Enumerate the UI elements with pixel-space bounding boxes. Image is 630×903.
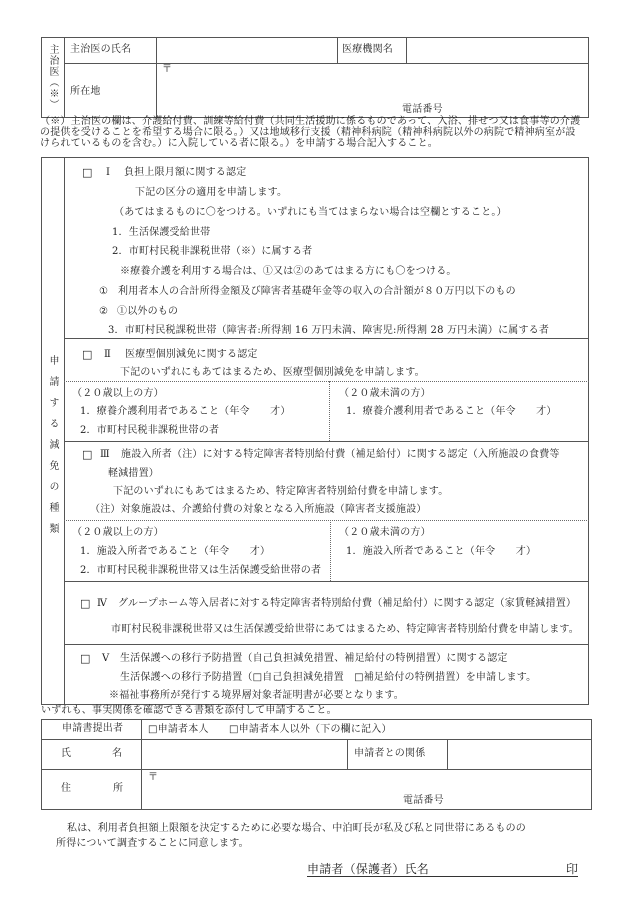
dotted-divider [64, 520, 589, 521]
section-2-numeral: Ⅱ [104, 349, 111, 361]
signature-field[interactable] [430, 860, 560, 876]
submitter-option-self[interactable]: □申請者本人 [148, 724, 209, 736]
section-3-title-cont: 軽減措置） [108, 468, 159, 480]
dotted-divider [329, 381, 330, 441]
relation-label: 申請者との関係 [354, 748, 425, 760]
submitter-label: 申請書提出者 [62, 723, 123, 735]
divider [347, 739, 348, 769]
doctor-note-line: けられているものを含む。）に入院している者に限る。）を申請する場合記入すること。 [40, 138, 438, 150]
section-1-numeral: Ⅰ [106, 167, 110, 179]
section-4-checkbox[interactable]: □ [80, 598, 91, 610]
sub-item-text: 利用者本人の合計所得金額及び障害者基礎年金等の収入の合計額が８０万円以下のもの [118, 286, 516, 298]
divider [64, 157, 65, 704]
divider [64, 37, 65, 117]
section-5-note: ※福祉事務所が発行する境界層対象者証明書が必要となります。 [109, 690, 404, 702]
section-1-option: 2．市町村民税非課税世帯（※）に属する者 [112, 246, 312, 258]
doctor-address-label: 所在地 [70, 86, 101, 98]
over20-heading: （２０歳以上の方） [72, 527, 164, 539]
section-3-note: （注）対象施設は、介護給付費の対象となる入所施設（障害者支援施設） [90, 504, 427, 516]
self-pay-reduction-label: 自己負担減免措置 [262, 672, 354, 683]
section-5-numeral: Ⅴ [102, 653, 109, 665]
section-2-title: 医療型個別減免に関する認定 [125, 349, 258, 361]
over20-item: 1．療養介護利用者であること（年令 才） [80, 406, 291, 418]
section-5-title: 生活保護への移行予防措置（自己負担減免措置、補足給付の特例措置）に関する認定 [120, 653, 508, 665]
address-label: 住 [61, 783, 71, 795]
sub-item-text: ①以外のもの [117, 306, 178, 318]
signature-underline [307, 876, 578, 877]
sub-item-mark: ① [99, 286, 108, 298]
checkbox-icon[interactable]: □ [148, 724, 158, 735]
seal-mark: 印 [566, 862, 578, 876]
section-5-checkbox[interactable]: □ [80, 653, 91, 665]
section-4-numeral: Ⅳ [97, 598, 107, 610]
over20-item: 2．市町村民税非課税世帯の者 [80, 425, 219, 437]
option-label: 申請者本人以外（下の欄に記入） [239, 724, 392, 735]
supplementary-benefit-label: 補足給付の特例措置）を申請します。 [364, 672, 537, 683]
section-1-line: （あてはまるものに〇をつける。いずれにも当てはまらない場合は空欄とすること。） [114, 207, 507, 219]
section-1-line: 下記の区分の適用を申請します。 [135, 187, 287, 199]
sub-item-mark: ② [99, 306, 108, 318]
section-divider [64, 581, 589, 582]
section-divider [64, 441, 589, 442]
section-3-checkbox[interactable]: □ [82, 449, 93, 461]
dotted-divider [64, 381, 589, 382]
doctor-side-label: 主治医（※） [47, 44, 57, 110]
under20-item: 1．施設入所者であること（年令 才） [346, 546, 536, 558]
submitter-address-field[interactable] [142, 770, 590, 808]
doctor-name-label: 主治医の氏名 [70, 44, 131, 56]
over20-heading: （２０歳以上の方） [72, 388, 164, 400]
relation-field[interactable] [448, 740, 590, 768]
apply-prefix: 生活保護への移行予防措置（ [120, 672, 253, 683]
self-pay-reduction-checkbox[interactable]: □ [253, 672, 263, 683]
name-label: 名 [112, 748, 122, 760]
consent-line: 所得について調査することに同意します。 [56, 838, 249, 850]
section-2-checkbox[interactable]: □ [82, 349, 93, 361]
institution-field[interactable] [407, 38, 588, 62]
under20-heading: （２０歳未満の方） [339, 388, 431, 400]
dotted-divider [330, 520, 331, 581]
name-label: 氏 [61, 748, 71, 760]
under20-item: 1．療養介護利用者であること（年令 才） [346, 406, 557, 418]
attachment-note: いずれも、事実関係を確認できる書類を添付して申請すること。 [41, 705, 337, 717]
consent-line: 私は、利用者負担額上限額を決定するために必要な場合、中泊町長が私及び私と同世帯に… [67, 823, 526, 835]
address-label: 所 [113, 783, 123, 795]
option-label: 申請者本人 [158, 724, 209, 735]
section-divider [64, 338, 589, 339]
signature-label: 申請者（保護者）氏名 [307, 862, 429, 876]
doctor-address-field[interactable] [157, 64, 588, 116]
section-1-title: 負担上限月額に関する認定 [124, 167, 246, 179]
submitter-option-other[interactable]: □申請者本人以外（下の欄に記入） [229, 724, 392, 736]
section-3-line: 下記のいずれにもあてはまるため、特定障害者特別給付費を申請します。 [113, 486, 448, 498]
submitter-phone-label: 電話番号 [403, 795, 444, 807]
section-1-checkbox[interactable]: □ [82, 167, 93, 179]
over20-item: 1．施設入所者であること（年令 才） [80, 546, 270, 558]
checkbox-icon[interactable]: □ [229, 724, 239, 735]
doctor-phone-label: 電話番号 [402, 104, 443, 116]
section-1-option: 1．生活保護受給世帯 [112, 227, 210, 239]
submitter-name-field[interactable] [142, 740, 346, 768]
section-3-numeral: Ⅲ [100, 449, 110, 461]
divider [337, 37, 338, 63]
supplementary-benefit-checkbox[interactable]: □ [354, 672, 364, 683]
reduction-side-label: 申請する減免の種類 [47, 355, 57, 544]
institution-label: 医療機関名 [342, 44, 393, 56]
section-1-option: 3．市町村民税課税世帯（障害者:所得割 16 万円未満、障害児:所得割 28 万… [108, 325, 549, 337]
section-1-note: ※療養介護を利用する場合は、①又は②のあてはまる方にも〇をつける。 [120, 266, 457, 278]
section-5-apply-line: 生活保護への移行予防措置（□自己負担減免措置 □補足給付の特例措置）を申請します… [120, 672, 536, 684]
section-4-title: グループホーム等入居者に対する特定障害者特別給付費（補足給付）に関する認定（家賃… [118, 598, 576, 610]
section-3-title: 施設入所者（注）に対する特定障害者特別給付費（補足給付）に関する認定（入所施設の… [121, 449, 560, 461]
doctor-name-field[interactable] [157, 38, 336, 62]
section-4-line: 市町村民税非課税世帯又は生活保護受給世帯にあてはまるため、特定障害者特別給付費を… [111, 624, 579, 636]
section-2-line: 下記のいずれにもあてはまるため、医療型個別減免を申請します。 [120, 367, 425, 379]
under20-heading: （２０歳未満の方） [339, 527, 431, 539]
over20-item: 2．市町村民税非課税世帯又は生活保護受給世帯の者 [80, 565, 321, 577]
section-divider [64, 644, 589, 645]
